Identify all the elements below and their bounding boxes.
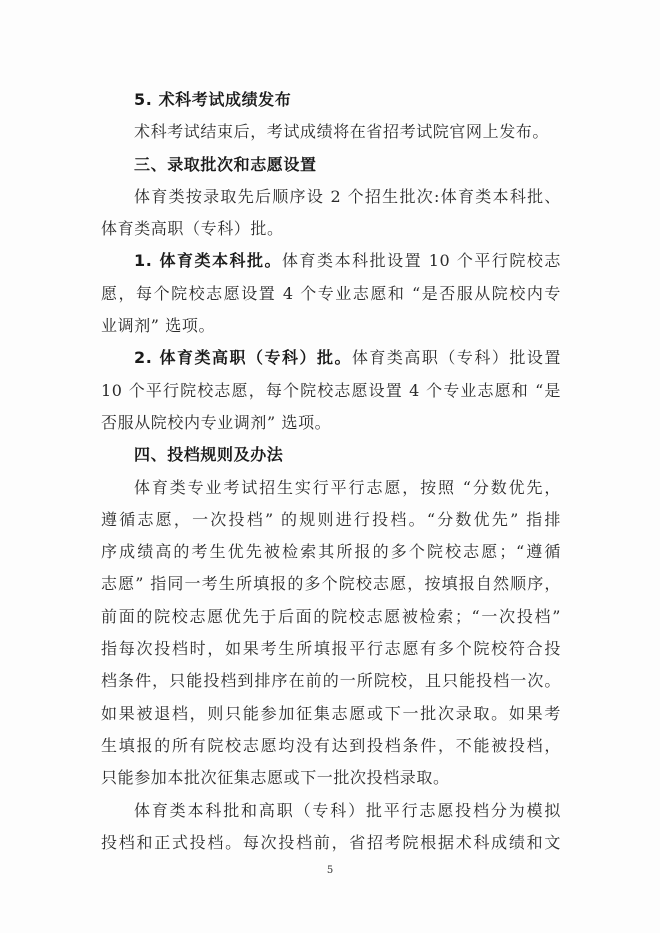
paragraph-line: 体育类高职（专科）批。 <box>101 213 561 245</box>
page-number: 5 <box>0 865 660 876</box>
paragraph-line: 10 个平行院校志愿，每个院校志愿设置 4 个专业志愿和 “是 <box>101 375 561 407</box>
paragraph-text: 体育类本科批设置 10 个平行院校志 <box>282 251 561 270</box>
paragraph-line: 志愿” 指同一考生所填报的多个院校志愿，按填报自然顺序， <box>101 568 561 600</box>
paragraph-line: 体育类按录取先后顺序设 2 个招生批次:体育类本科批、 <box>101 181 561 213</box>
paragraph-line: 投档和正式投档。每次投档前，省招考院根据术科成绩和文 <box>101 827 561 859</box>
paragraph-line: 业调剂” 选项。 <box>101 310 561 342</box>
section-heading-4: 四、投档规则及办法 <box>101 439 561 471</box>
paragraph-line: 如果被退档，则只能参加征集志愿或下一批次录取。如果考 <box>101 698 561 730</box>
lead-undergrad-batch: 1. 体育类本科批。 <box>134 251 282 270</box>
paragraph-line-vocational-batch: 2. 体育类高职（专科）批。体育类高职（专科）批设置 <box>101 342 561 374</box>
paragraph-line: 档条件，只能投档到排序在前的一所院校，且只能投档一次。 <box>101 665 561 697</box>
subheading-score-release: 5. 术科考试成绩发布 <box>101 84 561 116</box>
paragraph-line: 序成绩高的考生优先被检索其所报的多个院校志愿；“遵循 <box>101 536 561 568</box>
paragraph-line: 体育类专业考试招生实行平行志愿，按照 “分数优先， <box>101 472 561 504</box>
paragraph-line: 体育类本科批和高职（专科）批平行志愿投档分为模拟 <box>101 795 561 827</box>
paragraph-line: 否服从院校内专业调剂” 选项。 <box>101 407 561 439</box>
document-body: 5. 术科考试成绩发布 术科考试结束后，考试成绩将在省招考试院官网上发布。 三、… <box>101 84 561 859</box>
paragraph-line: 指每次投档时，如果考生所填报平行志愿有多个院校符合投 <box>101 633 561 665</box>
paragraph-text: 体育类高职（专科）批设置 <box>352 348 561 367</box>
paragraph-line: 生填报的所有院校志愿均没有达到投档条件，不能被投档， <box>101 730 561 762</box>
document-page: 5. 术科考试成绩发布 术科考试结束后，考试成绩将在省招考试院官网上发布。 三、… <box>0 0 660 933</box>
paragraph-line-undergrad-batch: 1. 体育类本科批。体育类本科批设置 10 个平行院校志 <box>101 245 561 277</box>
section-heading-3: 三、录取批次和志愿设置 <box>101 149 561 181</box>
paragraph-line: 术科考试结束后，考试成绩将在省招考试院官网上发布。 <box>101 116 561 148</box>
lead-vocational-batch: 2. 体育类高职（专科）批。 <box>134 348 352 367</box>
paragraph-line: 前面的院校志愿优先于后面的院校志愿被检索；“一次投档” <box>101 601 561 633</box>
paragraph-line: 愿，每个院校志愿设置 4 个专业志愿和 “是否服从院校内专 <box>101 278 561 310</box>
paragraph-line: 遵循志愿，一次投档” 的规则进行投档。“分数优先” 指排 <box>101 504 561 536</box>
paragraph-line: 只能参加本批次征集志愿或下一批次投档录取。 <box>101 762 561 794</box>
